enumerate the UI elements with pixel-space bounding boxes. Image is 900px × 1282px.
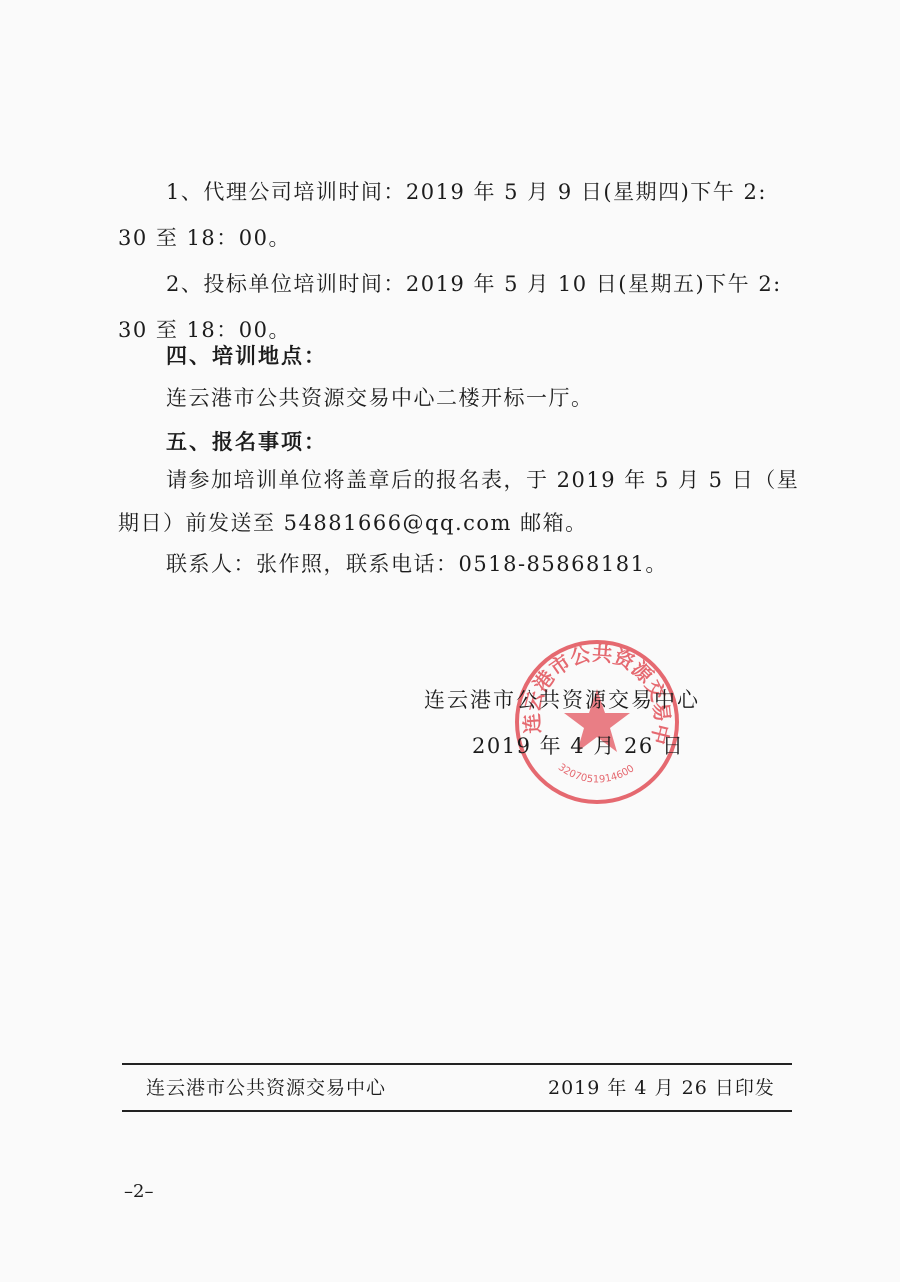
section-5-body-line-1: 请参加培训单位将盖章后的报名表，于 2019 年 5 月 5 日（星 [166,465,799,495]
section-5-heading: 五、报名事项： [166,427,327,457]
seal-code: 3207051914600 [556,762,637,786]
footer-bottom-rule [122,1110,792,1112]
schedule-item-1-line-1: 1、代理公司培训时间：2019 年 5 月 9 日(星期四)下午 2: [166,177,767,207]
signature-date: 2019 年 4 月 26 日 [472,731,684,761]
section-4-heading: 四、培训地点： [166,341,327,371]
footer-top-rule [122,1063,792,1065]
page-number: –2– [124,1180,153,1204]
document-page: 1、代理公司培训时间：2019 年 5 月 9 日(星期四)下午 2: 30 至… [0,0,900,1282]
footer-issuer: 连云港市公共资源交易中心 [146,1074,386,1102]
section-5-body-line-2: 期日）前发送至 54881666@qq.com 邮箱。 [118,508,588,538]
section-4-body: 连云港市公共资源交易中心二楼开标一厅。 [166,383,594,413]
official-seal-icon: 连云港市公共资源交易中心 3207051914600 [512,637,682,807]
signature-organization: 连云港市公共资源交易中心 [424,685,700,715]
schedule-item-1-line-2: 30 至 18：00。 [118,223,291,253]
contact-info: 联系人：张作照，联系电话：0518-85868181。 [166,549,668,579]
schedule-item-2-line-1: 2、投标单位培训时间：2019 年 5 月 10 日(星期五)下午 2: [166,269,782,299]
footer-issued-date: 2019 年 4 月 26 日印发 [548,1074,775,1102]
